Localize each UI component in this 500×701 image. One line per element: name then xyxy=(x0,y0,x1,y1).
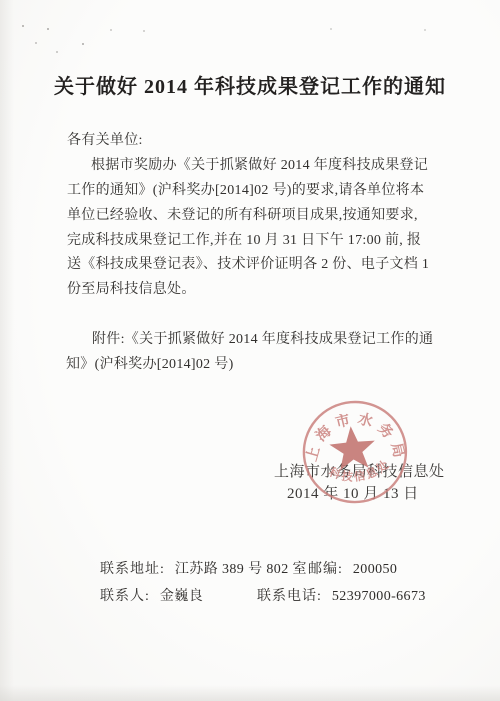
notice-body: 各有关单位: 根据市奖励办《关于抓紧做好 2014 年度科技成果登记 工作的通知… xyxy=(67,129,447,303)
contact-phone-label: 联系电话: xyxy=(257,589,322,604)
official-seal-stamp: 上海市水务局 科技信息处 xyxy=(296,394,415,511)
attachment-line: 知》(沪科奖办[2014]02 号) xyxy=(66,353,446,378)
body-line: 份至局科技信息处。 xyxy=(67,278,447,303)
contact-person-value: 金巍良 xyxy=(160,589,203,604)
contact-person: 联系人:金巍良 xyxy=(100,585,203,605)
scan-speck xyxy=(82,43,84,45)
contact-phone: 联系电话:52397000-6673 xyxy=(257,585,426,605)
scan-speck xyxy=(424,29,426,31)
contact-phone-value: 52397000-6673 xyxy=(332,589,426,604)
scanned-notice-page: 关于做好 2014 年科技成果登记工作的通知 各有关单位: 根据市奖励办《关于抓… xyxy=(0,0,500,701)
body-line: 工作的通知》(沪科奖办[2014]02 号)的要求,请各单位将本 xyxy=(67,179,447,204)
scan-speck xyxy=(330,28,332,30)
contact-postcode-label: 邮编: xyxy=(308,562,343,577)
scan-speck xyxy=(35,42,37,44)
body-line: 单位已经验收、未登记的所有科研项目成果,按通知要求, xyxy=(67,204,447,229)
contact-address: 联系地址:江苏路 389 号 802 室 xyxy=(100,558,307,578)
scan-speck xyxy=(22,25,24,27)
contact-address-value: 江苏路 389 号 802 室 xyxy=(175,562,307,577)
contact-postcode: 邮编:200050 xyxy=(308,558,397,578)
contact-postcode-value: 200050 xyxy=(353,562,397,577)
scan-speck xyxy=(47,28,49,30)
attachment-line: 附件:《关于抓紧做好 2014 年度科技成果登记工作的通 xyxy=(66,328,446,353)
body-line: 根据市奖励办《关于抓紧做好 2014 年度科技成果登记 xyxy=(67,154,447,179)
body-line: 完成科技成果登记工作,并在 10 月 31 日下午 17:00 前, 报 xyxy=(67,229,447,254)
scan-speck xyxy=(110,29,112,31)
body-line: 送《科技成果登记表》、技术评价证明各 2 份、电子文档 1 xyxy=(67,253,447,278)
salutation: 各有关单位: xyxy=(67,129,447,154)
contact-person-label: 联系人: xyxy=(100,589,150,604)
notice-title: 关于做好 2014 年科技成果登记工作的通知 xyxy=(0,70,500,99)
contact-address-label: 联系地址: xyxy=(100,562,165,577)
scan-speck xyxy=(56,51,58,53)
attachment-reference: 附件:《关于抓紧做好 2014 年度科技成果登记工作的通 知》(沪科奖办[201… xyxy=(66,328,446,378)
scan-speck xyxy=(143,30,145,32)
